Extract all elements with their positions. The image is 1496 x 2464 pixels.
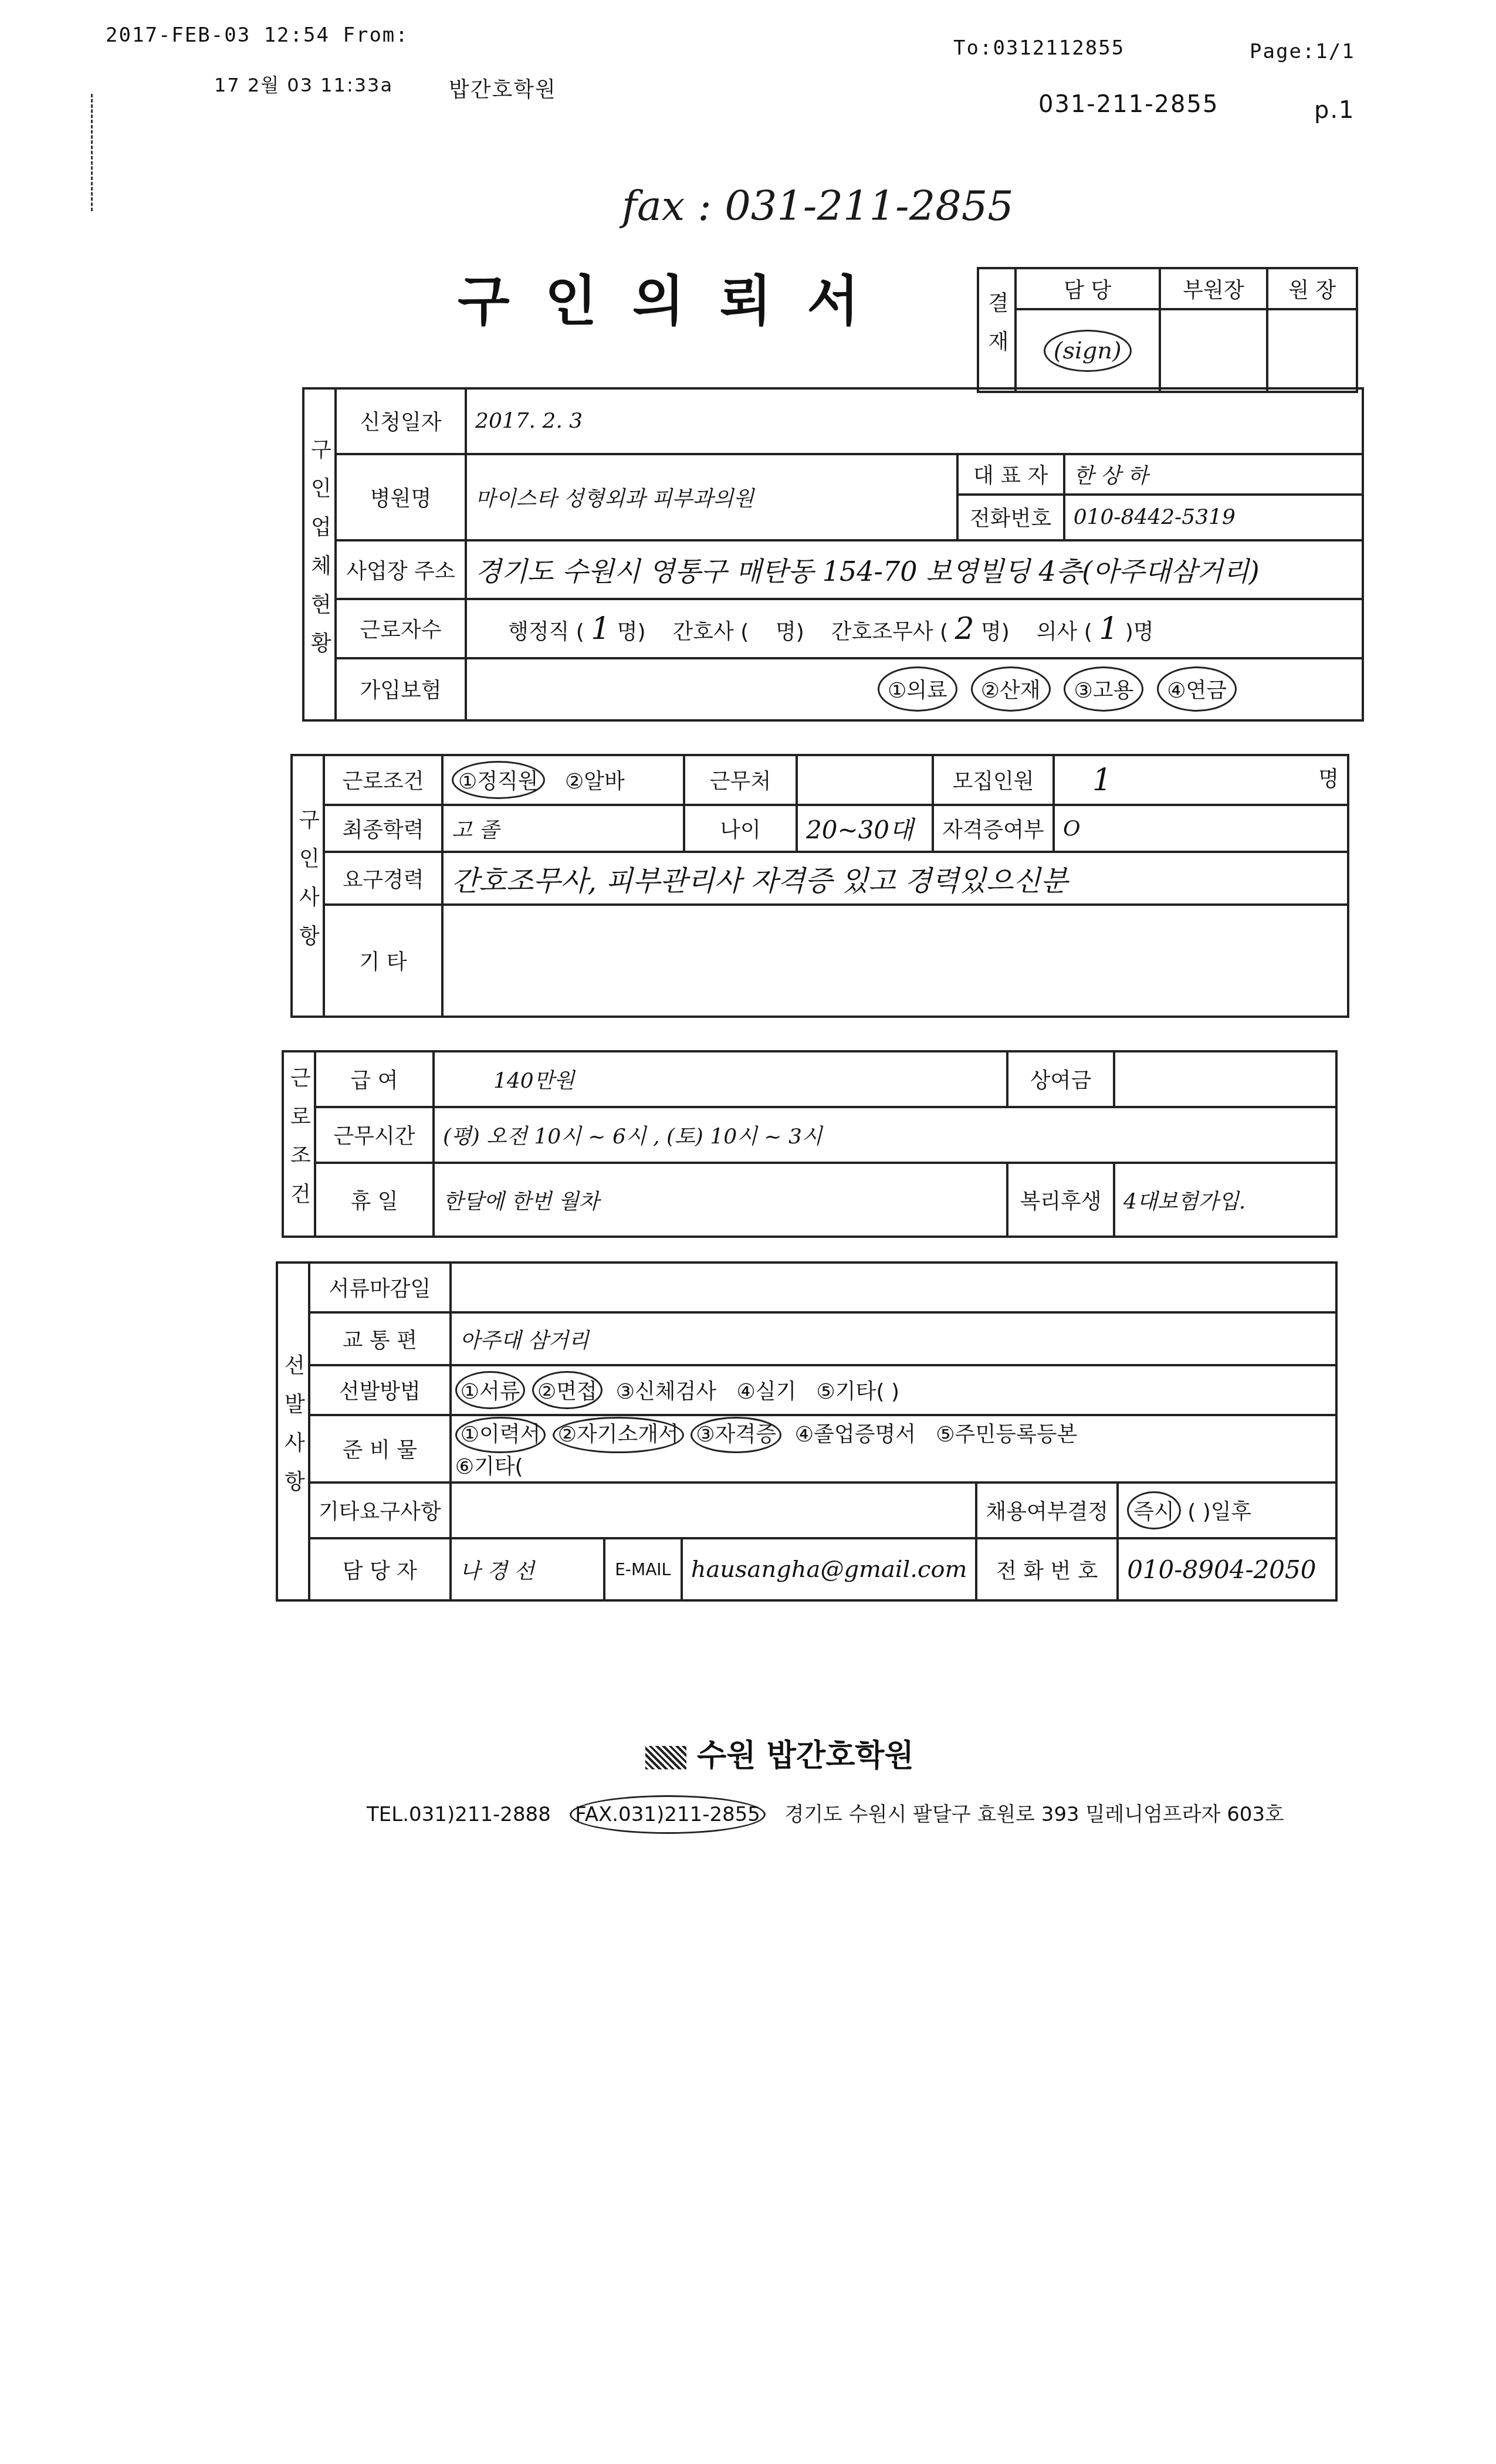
doc-resume[interactable]: ①이력서	[455, 1417, 546, 1453]
age-value: 20~30대	[797, 805, 933, 852]
insurance-options: ①의료 ②산재 ③고용 ④연금	[466, 658, 1363, 720]
transport-label: 교 통 편	[309, 1312, 451, 1365]
contact-person-label: 담 당 자	[309, 1538, 451, 1600]
representative-value: 한 상 하	[1064, 454, 1363, 495]
documents-label: 준 비 물	[309, 1415, 451, 1483]
employment-fulltime[interactable]: ①정직원	[452, 761, 545, 799]
approval-col-vice-director: 부원장	[1160, 268, 1268, 309]
doc-diploma[interactable]: ④졸업증명서	[795, 1423, 916, 1447]
deadline-value	[451, 1263, 1336, 1312]
hiring-decision-options: 즉시 ( )일후	[1118, 1483, 1336, 1538]
page-title: 구인의뢰서	[458, 258, 894, 336]
experience-value: 간호조무사, 피부관리사 자격증 있고 경력있으신분	[442, 852, 1348, 905]
worker-nurse-aide: 간호조무사 ( 2 명)	[831, 620, 1010, 644]
employment-type-label: 근로조건	[324, 755, 442, 805]
insurance-employment[interactable]: ③고용	[1064, 666, 1143, 712]
address-value: 경기도 수원시 영통구 매탄동 154-70 보영빌딩 4층(아주대삼거리)	[466, 540, 1363, 599]
company-section-label: 구인업체현황	[303, 388, 336, 720]
education-label: 최종학력	[324, 805, 442, 852]
fax-to-stamp: To:0312112855	[953, 36, 1125, 60]
company-section: 구인업체현황 신청일자 2017. 2. 3 병원명 마이스타 성형외과 피부과…	[302, 387, 1364, 722]
fax-sent-stamp: 2017-FEB-03 12:54 From:	[106, 23, 409, 47]
email-label: E-MAIL	[604, 1538, 682, 1600]
conditions-section: 근로조건 급 여 140만원 상여금 근무시간 (평) 오전 10시 ~ 6시 …	[282, 1050, 1338, 1238]
email-value: hausangha@gmail.com	[682, 1538, 977, 1600]
clinic-name-value: 마이스타 성형외과 피부과의원	[466, 454, 957, 540]
deadline-label: 서류마감일	[309, 1263, 451, 1312]
education-value: 고 졸	[442, 805, 684, 852]
employment-type-options: ①정직원 ②알바	[442, 755, 684, 805]
insurance-health[interactable]: ①의료	[878, 666, 957, 712]
fax-recv-time: 17 2월 03 11:33a	[214, 70, 393, 97]
approval-empty-cell	[1267, 309, 1357, 392]
required-documents: ①이력서 ②자기소개서 ③자격증 ④졸업증명서 ⑤주민등록등본 ⑥기타(	[451, 1415, 1336, 1483]
academy-name: 수원 밥간호학원	[697, 1738, 914, 1773]
workplace-value	[797, 755, 933, 805]
worker-nurse: 간호사 ( 명)	[672, 620, 804, 644]
doc-license[interactable]: ③자격증	[691, 1417, 781, 1453]
method-documents[interactable]: ①서류	[455, 1371, 526, 1409]
handwritten-fax-note: fax : 031-211-2855	[622, 182, 1014, 230]
insurance-accident[interactable]: ②산재	[971, 666, 1051, 712]
conditions-section-label: 근로조건	[283, 1051, 315, 1237]
license-value: O	[1054, 805, 1348, 852]
age-label: 나이	[684, 805, 797, 852]
welfare-value: 4대보험가입.	[1114, 1163, 1336, 1237]
workers-label: 근로자수	[336, 599, 466, 658]
footer-tel: TEL.031)211-2888	[367, 1803, 551, 1826]
experience-label: 요구경력	[324, 852, 442, 905]
etc-label: 기 타	[324, 905, 442, 1017]
method-practical[interactable]: ④실기	[736, 1380, 796, 1404]
clinic-name-label: 병원명	[336, 454, 466, 540]
phone-value: 010-8442-5319	[1064, 495, 1363, 540]
worker-admin: 행정직 ( 1 명)	[508, 620, 646, 644]
decision-immediate[interactable]: 즉시	[1127, 1491, 1181, 1529]
logo-mark-icon	[645, 1746, 686, 1769]
transport-value: 아주대 삼거리	[451, 1312, 1336, 1365]
approval-side-label: 결재	[978, 268, 1016, 392]
holiday-value: 한달에 한번 월차	[434, 1163, 1007, 1237]
approval-signature: (sign)	[1016, 309, 1160, 392]
employment-parttime[interactable]: ②알바	[565, 770, 625, 794]
workplace-label: 근무처	[684, 755, 797, 805]
selection-section: 선발사항 서류마감일 교 통 편 아주대 삼거리 선발방법 ①서류 ②면접 ③신…	[276, 1261, 1338, 1602]
apply-date-value: 2017. 2. 3	[466, 388, 1363, 454]
selection-methods: ①서류 ②면접 ③신체검사 ④실기 ⑤기타( )	[451, 1365, 1336, 1415]
selection-section-label: 선발사항	[277, 1263, 309, 1600]
fax-number: 031-211-2855	[1038, 91, 1219, 118]
salary-value: 140만원	[434, 1051, 1007, 1107]
method-interview[interactable]: ②면접	[532, 1371, 603, 1409]
doc-cover-letter[interactable]: ②자기소개서	[553, 1417, 684, 1453]
approval-col-manager: 담 당	[1016, 268, 1160, 309]
insurance-label: 가입보험	[336, 658, 466, 720]
doc-other[interactable]: ⑥기타(	[455, 1455, 523, 1479]
fax-page-stamp: Page:1/1	[1250, 40, 1355, 63]
other-requirements-value	[451, 1483, 977, 1538]
hiring-decision-label: 채용여부결정	[976, 1483, 1118, 1538]
job-section: 구인사항 근로조건 ①정직원 ②알바 근무처 모집인원 1 명 최종학력 고 졸…	[290, 754, 1349, 1018]
footer-fax: FAX.031)211-2855	[570, 1795, 766, 1834]
holiday-label: 휴 일	[315, 1163, 434, 1237]
workers-counts: 행정직 ( 1 명) 간호사 ( 명) 간호조무사 ( 2 명) 의사 ( 1 …	[466, 599, 1363, 658]
approval-box: 결재 담 당 부원장 원 장 (sign)	[977, 267, 1358, 393]
welfare-label: 복리후생	[1007, 1163, 1114, 1237]
bonus-label: 상여금	[1007, 1051, 1114, 1107]
fax-sender: 밥간호학원	[449, 73, 557, 103]
contact-phone-value: 010-8904-2050	[1118, 1538, 1336, 1600]
bonus-value	[1114, 1051, 1336, 1107]
hours-label: 근무시간	[315, 1107, 434, 1163]
contact-person-value: 나 경 선	[451, 1538, 604, 1600]
approval-col-director: 원 장	[1267, 268, 1357, 309]
contact-phone-label: 전 화 번 호	[976, 1538, 1118, 1600]
headcount-value: 1 명	[1054, 755, 1348, 805]
headcount-label: 모집인원	[933, 755, 1054, 805]
method-other[interactable]: ⑤기타( )	[817, 1380, 899, 1404]
apply-date-label: 신청일자	[336, 388, 466, 454]
approval-empty-cell	[1160, 309, 1268, 392]
signature-mark: (sign)	[1044, 330, 1132, 372]
fax-page-short: p.1	[1314, 97, 1355, 124]
academy-logo: 수원 밥간호학원	[645, 1731, 914, 1775]
hours-value: (평) 오전 10시 ~ 6시 , (토) 10시 ~ 3시	[434, 1107, 1336, 1163]
salary-label: 급 여	[315, 1051, 434, 1107]
license-label: 자격증여부	[933, 805, 1054, 852]
footer-contact: TEL.031)211-2888 FAX.031)211-2855 경기도 수원…	[367, 1795, 1284, 1834]
etc-value	[442, 905, 1348, 1017]
worker-doctor: 의사 ( 1 )명	[1037, 620, 1154, 644]
other-requirements-label: 기타요구사항	[309, 1483, 451, 1538]
binding-margin-line	[91, 94, 93, 211]
address-label: 사업장 주소	[336, 540, 466, 599]
representative-label: 대 표 자	[957, 454, 1064, 495]
footer-address: 경기도 수원시 팔달구 효원로 393 밀레니엄프라자 603호	[784, 1803, 1284, 1826]
job-section-label: 구인사항	[292, 755, 324, 1017]
doc-resident-registration[interactable]: ⑤주민등록등본	[936, 1423, 1077, 1447]
method-physical[interactable]: ③신체검사	[616, 1380, 716, 1404]
phone-label: 전화번호	[957, 495, 1064, 540]
decision-days-after[interactable]: ( )일후	[1187, 1500, 1251, 1524]
selection-method-label: 선발방법	[309, 1365, 451, 1415]
insurance-pension[interactable]: ④연금	[1157, 666, 1237, 712]
